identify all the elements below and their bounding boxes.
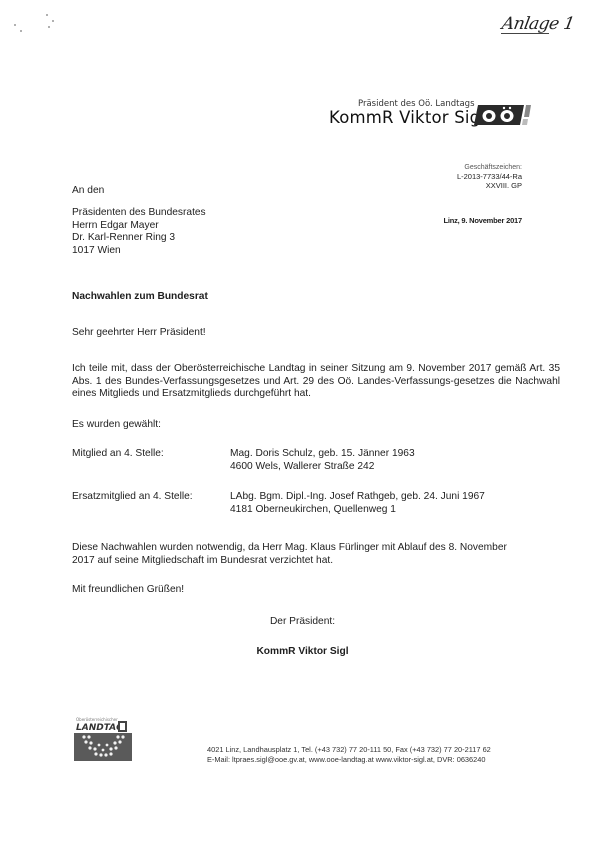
elected-substitute-details: LAbg. Bgm. Dipl.-Ing. Josef Rathgeb, geb… <box>230 491 485 516</box>
svg-text:LANDTAG: LANDTAG <box>76 723 124 733</box>
reference-label: Geschäftszeichen: <box>441 164 522 171</box>
scan-specks <box>8 8 68 38</box>
elected-intro: Es wurden gewählt: <box>72 419 161 432</box>
footer-email-line: E-Mail: ltpraes.sigl@ooe.gv.at, www.ooe-… <box>207 755 491 765</box>
footer-address-line: 4021 Linz, Landhausplatz 1, Tel. (+43 73… <box>207 745 491 755</box>
recipient-line: Dr. Karl-Renner Ring 3 <box>72 232 206 245</box>
body-paragraph-2-line: 2017 auf seine Mitgliedschaft im Bundesr… <box>72 555 560 568</box>
ooe-logo-icon <box>474 103 532 127</box>
elected-member-label: Mitglied an 4. Stelle: <box>72 448 164 461</box>
body-paragraph-1: Ich teile mit, dass der Oberösterreichis… <box>72 363 560 401</box>
salutation: Sehr geehrter Herr Präsident! <box>72 327 206 340</box>
elected-substitute-label: Ersatzmitglied an 4. Stelle: <box>72 491 193 504</box>
handwritten-underline <box>501 33 549 34</box>
recipient-line: Herrn Edgar Mayer <box>72 220 206 233</box>
closing: Mit freundlichen Grüßen! <box>72 584 184 597</box>
signature-name: KommR Viktor Sigl <box>0 646 605 659</box>
recipient-address: Präsidenten des Bundesrates Herrn Edgar … <box>72 207 206 257</box>
letter-subject: Nachwahlen zum Bundesrat <box>72 291 208 304</box>
body-paragraph-2: Diese Nachwahlen wurden notwendig, da He… <box>72 542 560 567</box>
recipient-line: Präsidenten des Bundesrates <box>72 207 206 220</box>
reference-period: XXVIII. GP <box>441 181 522 190</box>
handwritten-annex-note: Anlage 1 <box>500 14 575 34</box>
body-paragraph-2-line: Diese Nachwahlen wurden notwendig, da He… <box>72 542 560 555</box>
reference-number: L-2013-7733/44-Ra <box>420 172 522 181</box>
signature-title: Der Präsident: <box>0 616 605 629</box>
elected-substitute-address: 4181 Oberneukirchen, Quellenweg 1 <box>230 504 485 517</box>
elected-member-name: Mag. Doris Schulz, geb. 15. Jänner 1963 <box>230 448 415 461</box>
recipient-line: 1017 Wien <box>72 245 206 258</box>
elected-substitute-name: LAbg. Bgm. Dipl.-Ing. Josef Rathgeb, geb… <box>230 491 485 504</box>
letter-date: Linz, 9. November 2017 <box>430 216 522 225</box>
letterhead-name: KommR Viktor Sigl <box>329 108 485 127</box>
footer-contact: 4021 Linz, Landhausplatz 1, Tel. (+43 73… <box>207 745 491 764</box>
svg-text:Oberösterreichischer: Oberösterreichischer <box>76 717 118 722</box>
recipient-intro: An den <box>72 185 104 198</box>
elected-member-address: 4600 Wels, Wallerer Straße 242 <box>230 461 415 474</box>
elected-member-details: Mag. Doris Schulz, geb. 15. Jänner 1963 … <box>230 448 415 473</box>
landtag-logo-icon: Oberösterreichischer LANDTAG <box>74 715 132 763</box>
